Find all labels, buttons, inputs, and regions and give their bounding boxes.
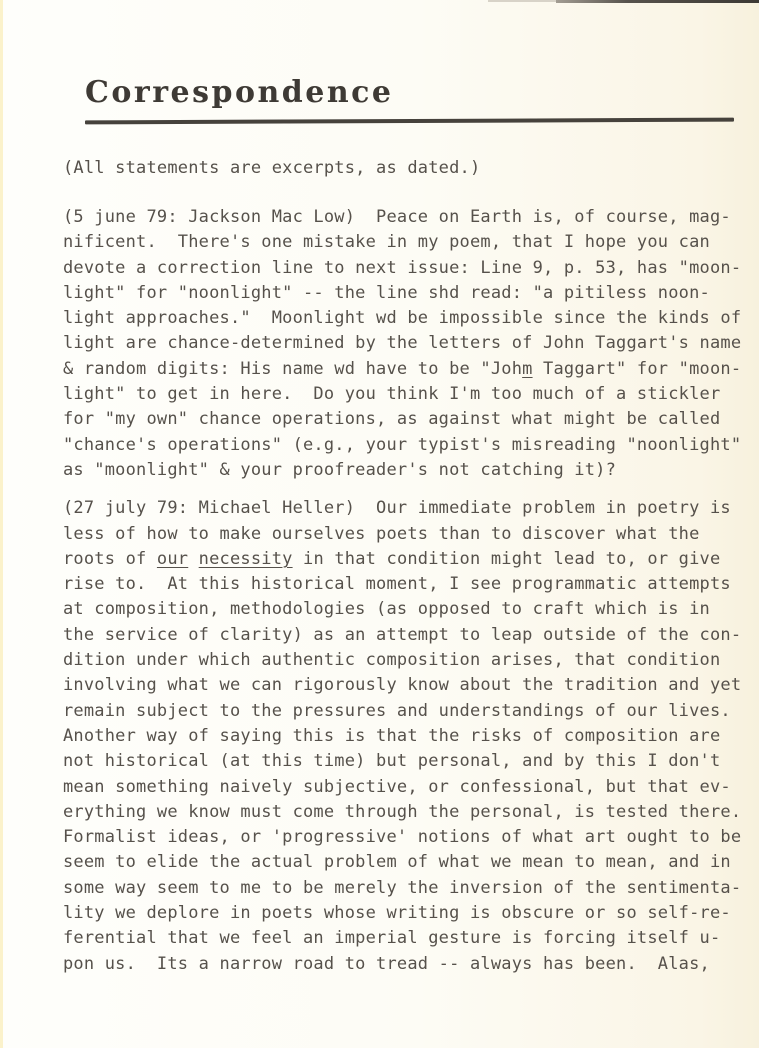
- text-line: roots of our necessity in that condition…: [63, 547, 753, 572]
- text-segment: remain subject to the pressures and unde…: [63, 701, 731, 721]
- text-line: not historical (at this time) but person…: [63, 749, 753, 774]
- text-segment: erything we know must come through the p…: [63, 802, 741, 822]
- scanned-page: Correspondence (All statements are excer…: [0, 0, 759, 1048]
- text-segment: Taggart" for "moon-: [533, 359, 742, 379]
- underlined-text: necessity: [199, 549, 293, 569]
- text-line: "chance's operations" (e.g., your typist…: [63, 433, 753, 458]
- text-line: less of how to make ourselves poets than…: [63, 522, 753, 547]
- text-line: light" for "noonlight" -- the line shd r…: [63, 281, 753, 306]
- text-segment: lity we deplore in poets whose writing i…: [63, 903, 731, 923]
- text-line: ferential that we feel an imperial gestu…: [63, 926, 753, 951]
- text-line: involving what we can rigorously know ab…: [63, 673, 753, 698]
- text-segment: light are chance-determined by the lette…: [63, 333, 741, 353]
- text-line: & random digits: His name wd have to be …: [63, 357, 753, 382]
- correspondence-paragraphs: (5 june 79: Jackson Mac Low) Peace on Ea…: [63, 205, 753, 977]
- text-segment: less of how to make ourselves poets than…: [63, 524, 700, 544]
- text-segment: involving what we can rigorously know ab…: [63, 675, 741, 695]
- text-line: pon us. Its a narrow road to tread -- al…: [63, 952, 753, 977]
- text-segment: some way seem to me to be merely the inv…: [63, 878, 741, 898]
- text-line: (5 june 79: Jackson Mac Low) Peace on Ea…: [63, 205, 753, 230]
- excerpt-note: (All statements are excerpts, as dated.): [63, 156, 480, 181]
- text-line: erything we know must come through the p…: [63, 800, 753, 825]
- text-line: lity we deplore in poets whose writing i…: [63, 901, 753, 926]
- text-segment: as "moonlight" & your proofreader's not …: [63, 460, 616, 480]
- text-segment: seem to elide the actual problem of what…: [63, 852, 731, 872]
- text-segment: & random digits: His name wd have to be …: [63, 359, 522, 379]
- text-segment: in that condition might lead to, or give: [293, 549, 721, 569]
- text-segment: (27 july 79: Michael Heller) Our immedia…: [63, 498, 731, 518]
- text-line: light are chance-determined by the lette…: [63, 331, 753, 356]
- text-segment: Formalist ideas, or 'progressive' notion…: [63, 827, 741, 847]
- text-line: devote a correction line to next issue: …: [63, 256, 753, 281]
- text-segment: light" to get in here. Do you think I'm …: [63, 384, 720, 404]
- paragraph: (27 july 79: Michael Heller) Our immedia…: [63, 496, 753, 977]
- text-segment: (5 june 79: Jackson Mac Low) Peace on Ea…: [63, 207, 731, 227]
- text-segment: ferential that we feel an imperial gestu…: [63, 928, 720, 948]
- text-segment: for "my own" chance operations, as again…: [63, 409, 720, 429]
- text-line: dition under which authentic composition…: [63, 648, 753, 673]
- text-line: at composition, methodologies (as oppose…: [63, 597, 753, 622]
- text-line: Another way of saying this is that the r…: [63, 724, 753, 749]
- text-line: seem to elide the actual problem of what…: [63, 850, 753, 875]
- paragraph: (5 june 79: Jackson Mac Low) Peace on Ea…: [63, 205, 753, 483]
- text-segment: light approaches." Moonlight wd be impos…: [63, 308, 741, 328]
- text-segment: nificent. There's one mistake in my poem…: [63, 232, 710, 252]
- text-line: Formalist ideas, or 'progressive' notion…: [63, 825, 753, 850]
- underlined-text: our: [157, 549, 188, 569]
- text-segment: mean something naively subjective, or co…: [63, 777, 731, 797]
- text-segment: light" for "noonlight" -- the line shd r…: [63, 283, 710, 303]
- text-line: rise to. At this historical moment, I se…: [63, 572, 753, 597]
- scan-smudge-top-artifact: [488, 0, 556, 2]
- text-segment: not historical (at this time) but person…: [63, 751, 720, 771]
- text-line: as "moonlight" & your proofreader's not …: [63, 458, 753, 483]
- text-segment: rise to. At this historical moment, I se…: [63, 574, 731, 594]
- text-segment: dition under which authentic composition…: [63, 650, 720, 670]
- text-line: for "my own" chance operations, as again…: [63, 407, 753, 432]
- text-segment: at composition, methodologies (as oppose…: [63, 599, 710, 619]
- scan-edge-top-artifact: [556, 0, 759, 3]
- text-segment: devote a correction line to next issue: …: [63, 258, 741, 278]
- text-line: nificent. There's one mistake in my poem…: [63, 230, 753, 255]
- text-line: the service of clarity) as an attempt to…: [63, 623, 753, 648]
- text-segment: roots of: [63, 549, 157, 569]
- text-segment: "chance's operations" (e.g., your typist…: [63, 435, 741, 455]
- text-segment: the service of clarity) as an attempt to…: [63, 625, 741, 645]
- text-line: mean something naively subjective, or co…: [63, 775, 753, 800]
- text-segment: pon us. Its a narrow road to tread -- al…: [63, 954, 710, 974]
- header-rule: [85, 118, 734, 125]
- text-segment: Another way of saying this is that the r…: [63, 726, 720, 746]
- text-line: light" to get in here. Do you think I'm …: [63, 382, 753, 407]
- text-segment: [188, 549, 198, 569]
- text-line: some way seem to me to be merely the inv…: [63, 876, 753, 901]
- text-line: (27 july 79: Michael Heller) Our immedia…: [63, 496, 753, 521]
- page-title: Correspondence: [85, 76, 394, 110]
- text-line: light approaches." Moonlight wd be impos…: [63, 306, 753, 331]
- underlined-text: m: [522, 359, 532, 379]
- text-line: remain subject to the pressures and unde…: [63, 699, 753, 724]
- scan-edge-left-artifact: [0, 0, 3, 1048]
